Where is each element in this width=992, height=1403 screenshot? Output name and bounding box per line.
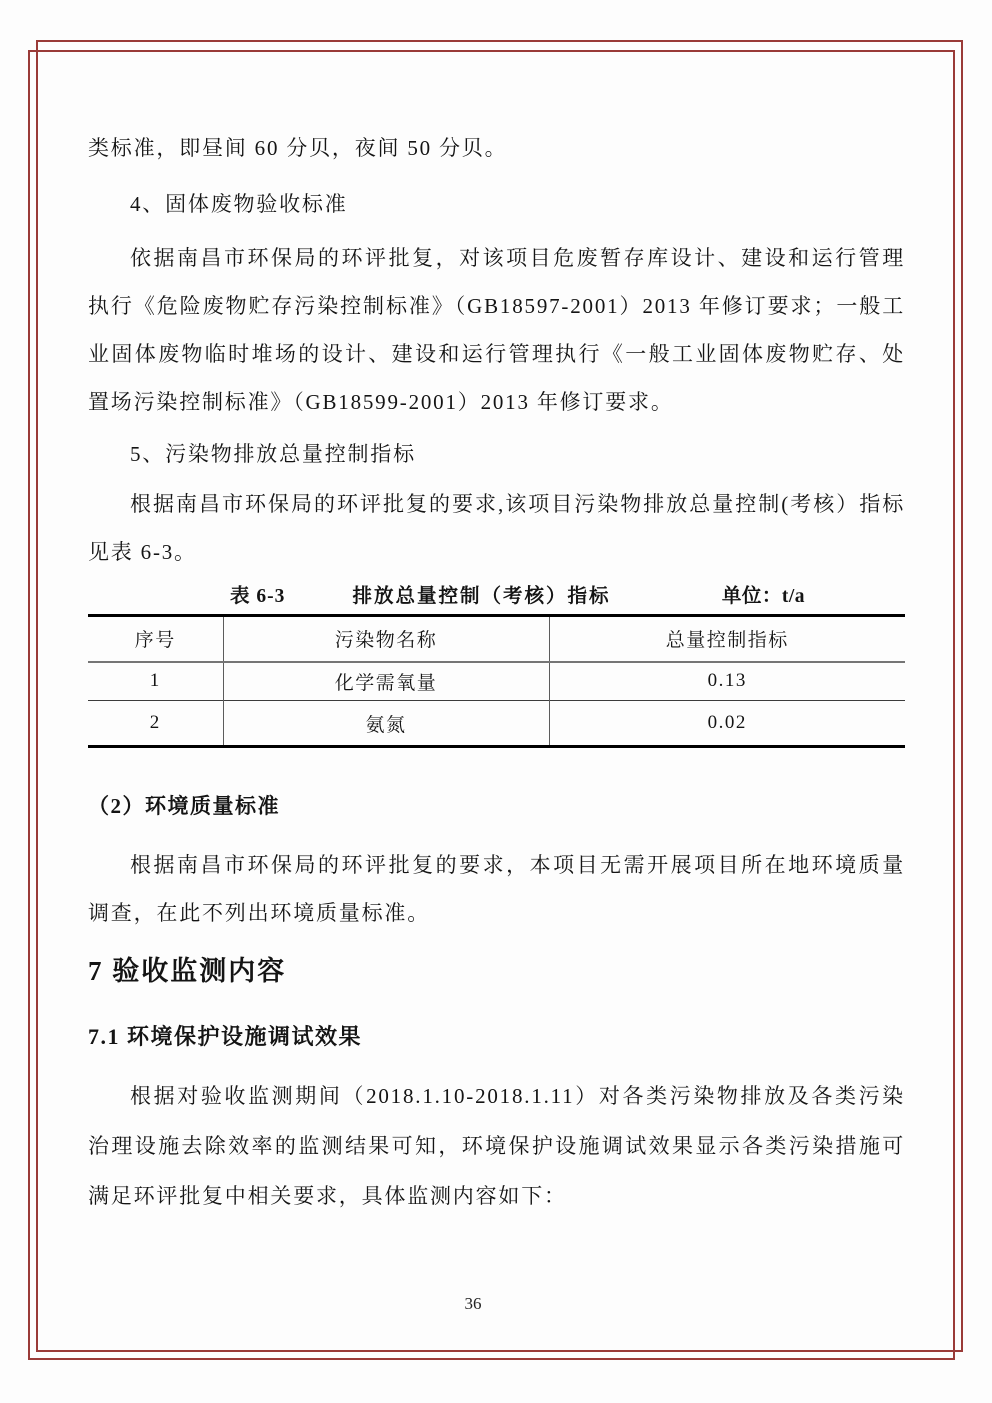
heading-env-quality-standard: （2）环境质量标准	[88, 792, 905, 820]
cell-row2-value: 0.02	[549, 701, 905, 747]
heading-section-7-1: 7.1 环境保护设施调试效果	[88, 1021, 905, 1053]
paragraph-total-amount-control: 根据南昌市环保局的环评批复的要求,该项目污染物排放总量控制(考核）指标见表 6-…	[88, 480, 905, 576]
table-row: 2 氨氮 0.02	[88, 701, 905, 747]
table-caption-unit: 单位：t/a	[722, 582, 805, 612]
table-header-pollutant: 污染物名称	[223, 616, 549, 662]
table-header-row: 序号 污染物名称 总量控制指标	[88, 616, 905, 662]
paragraph-solid-waste-standard: 依据南昌市环保局的环评批复，对该项目危废暂存库设计、建设和运行管理执行《危险废物…	[88, 234, 905, 426]
paragraph-noise-standard-tail: 类标准，即昼间 60 分贝，夜间 50 分贝。	[88, 124, 905, 172]
paragraph-env-quality: 根据南昌市环保局的环评批复的要求，本项目无需开展项目所在地环境质量调查，在此不列…	[88, 841, 905, 937]
cell-row1-pollutant: 化学需氧量	[223, 662, 549, 701]
heading-chapter-7: 7 验收监测内容	[88, 951, 905, 991]
table-header-indicator: 总量控制指标	[549, 616, 905, 662]
paragraph-monitoring-result: 根据对验收监测期间（2018.1.10-2018.1.11）对各类污染物排放及各…	[88, 1071, 905, 1221]
page-content: 类标准，即昼间 60 分贝，夜间 50 分贝。 4、固体废物验收标准 依据南昌市…	[88, 124, 905, 1221]
subheading-solid-waste-standard: 4、固体废物验收标准	[88, 180, 905, 228]
table-header-no: 序号	[88, 616, 223, 662]
cell-row1-value: 0.13	[549, 662, 905, 701]
table-caption: 表 6-3 排放总量控制（考核）指标 单位：t/a	[88, 582, 905, 612]
table-row: 1 化学需氧量 0.13	[88, 662, 905, 701]
cell-row2-pollutant: 氨氮	[223, 701, 549, 747]
cell-row2-no: 2	[88, 701, 223, 747]
subheading-total-amount-control: 5、污染物排放总量控制指标	[88, 430, 905, 478]
page-number: 36	[0, 1294, 946, 1314]
total-control-table: 序号 污染物名称 总量控制指标 1 化学需氧量 0.13 2 氨氮 0.02	[88, 614, 905, 748]
cell-row1-no: 1	[88, 662, 223, 701]
document-page: 类标准，即昼间 60 分贝，夜间 50 分贝。 4、固体废物验收标准 依据南昌市…	[0, 0, 992, 1403]
